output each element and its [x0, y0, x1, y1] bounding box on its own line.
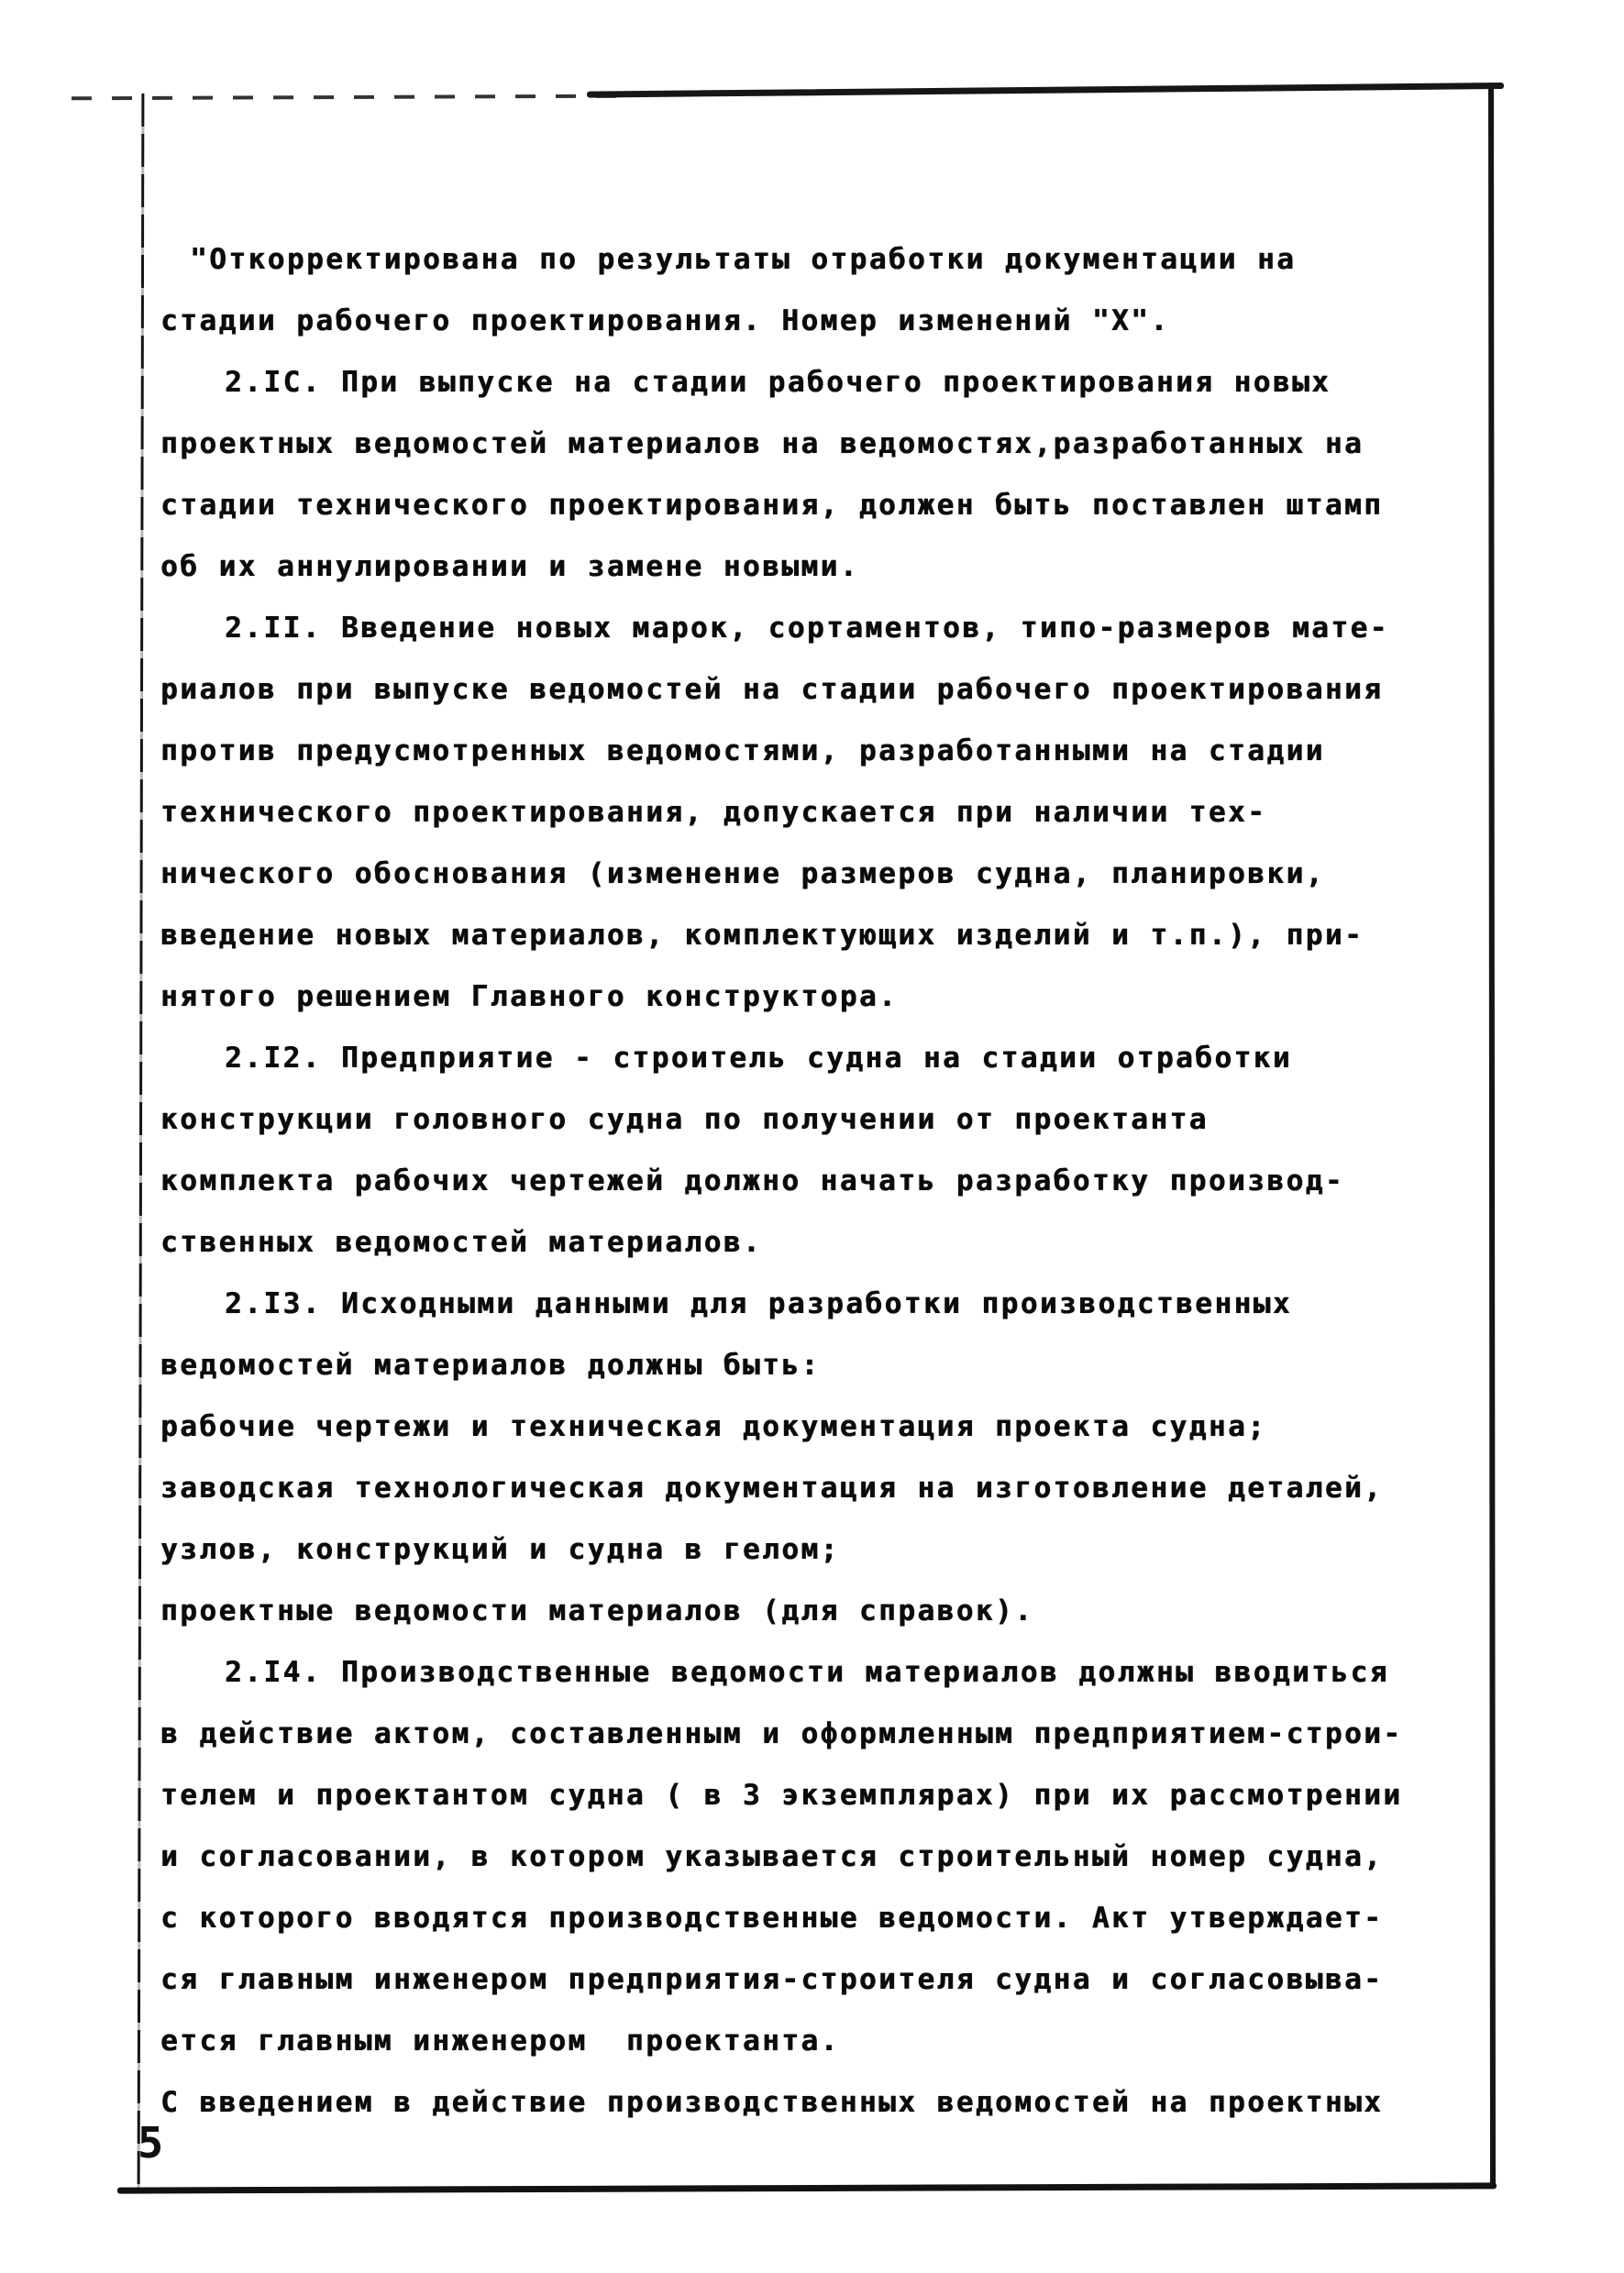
text-line: нятого решением Главного конструктора. [160, 966, 1472, 1028]
text-line: ведомостей материалов должны быть: [160, 1335, 1472, 1396]
text-line: 2.I4. Производственные ведомости материа… [160, 1642, 1472, 1704]
text-line: комплекта рабочих чертежей должно начать… [160, 1151, 1472, 1212]
text-line: конструкции головного судна по получении… [160, 1089, 1472, 1151]
text-line: проектные ведомости материалов (для спра… [160, 1581, 1472, 1642]
page-border-top [587, 83, 1504, 98]
text-line: рабочие чертежи и техническая документац… [160, 1396, 1472, 1458]
text-line: и согласовании, в котором указывается ст… [160, 1826, 1472, 1888]
page-border-top-dashes [72, 94, 622, 101]
text-line: риалов при выпуске ведомостей на стадии … [160, 659, 1472, 721]
text-line: ется главным инженером проектанта. [160, 2011, 1472, 2072]
document-text: "Откорректирована по результаты отработк… [160, 229, 1472, 2134]
text-line: "Откорректирована по результаты отработк… [160, 229, 1472, 291]
text-line: 2.IC. При выпуске на стадии рабочего про… [160, 352, 1472, 414]
text-line: заводская технологическая документация н… [160, 1458, 1472, 1519]
text-line: телем и проектантом судна ( в 3 экземпля… [160, 1765, 1472, 1826]
page-border-right [1488, 86, 1496, 2188]
text-line: узлов, конструкций и судна в гелом; [160, 1519, 1472, 1581]
text-line: 2.I2. Предприятие - строитель судна на с… [160, 1028, 1472, 1089]
text-line: ственных ведомостей материалов. [160, 1212, 1472, 1274]
text-line: С введением в действие производственных … [160, 2072, 1472, 2134]
document-page: "Откорректирована по результаты отработк… [0, 0, 1624, 2273]
text-line: введение новых материалов, комплектующих… [160, 905, 1472, 966]
text-line: 2.II. Введение новых марок, сортаментов,… [160, 598, 1472, 659]
text-line: ся главным инженером предприятия-строите… [160, 1949, 1472, 2011]
text-line: стадии рабочего проектирования. Номер из… [160, 291, 1472, 352]
page-number: 5 [138, 2118, 163, 2168]
text-line: в действие актом, составленным и оформле… [160, 1704, 1472, 1765]
text-line: технического проектирования, допускается… [160, 782, 1472, 844]
page-border-bottom [117, 2182, 1497, 2193]
text-line: с которого вводятся производственные вед… [160, 1888, 1472, 1949]
text-line: стадии технического проектирования, долж… [160, 475, 1472, 536]
text-line: 2.I3. Исходными данными для разработки п… [160, 1274, 1472, 1335]
text-line: против предусмотренных ведомостями, разр… [160, 721, 1472, 782]
text-line: об их аннулировании и замене новыми. [160, 536, 1472, 598]
page-border-left [138, 94, 145, 2188]
text-line: нического обоснования (изменение размеро… [160, 844, 1472, 905]
text-line: проектных ведомостей материалов на ведом… [160, 414, 1472, 475]
